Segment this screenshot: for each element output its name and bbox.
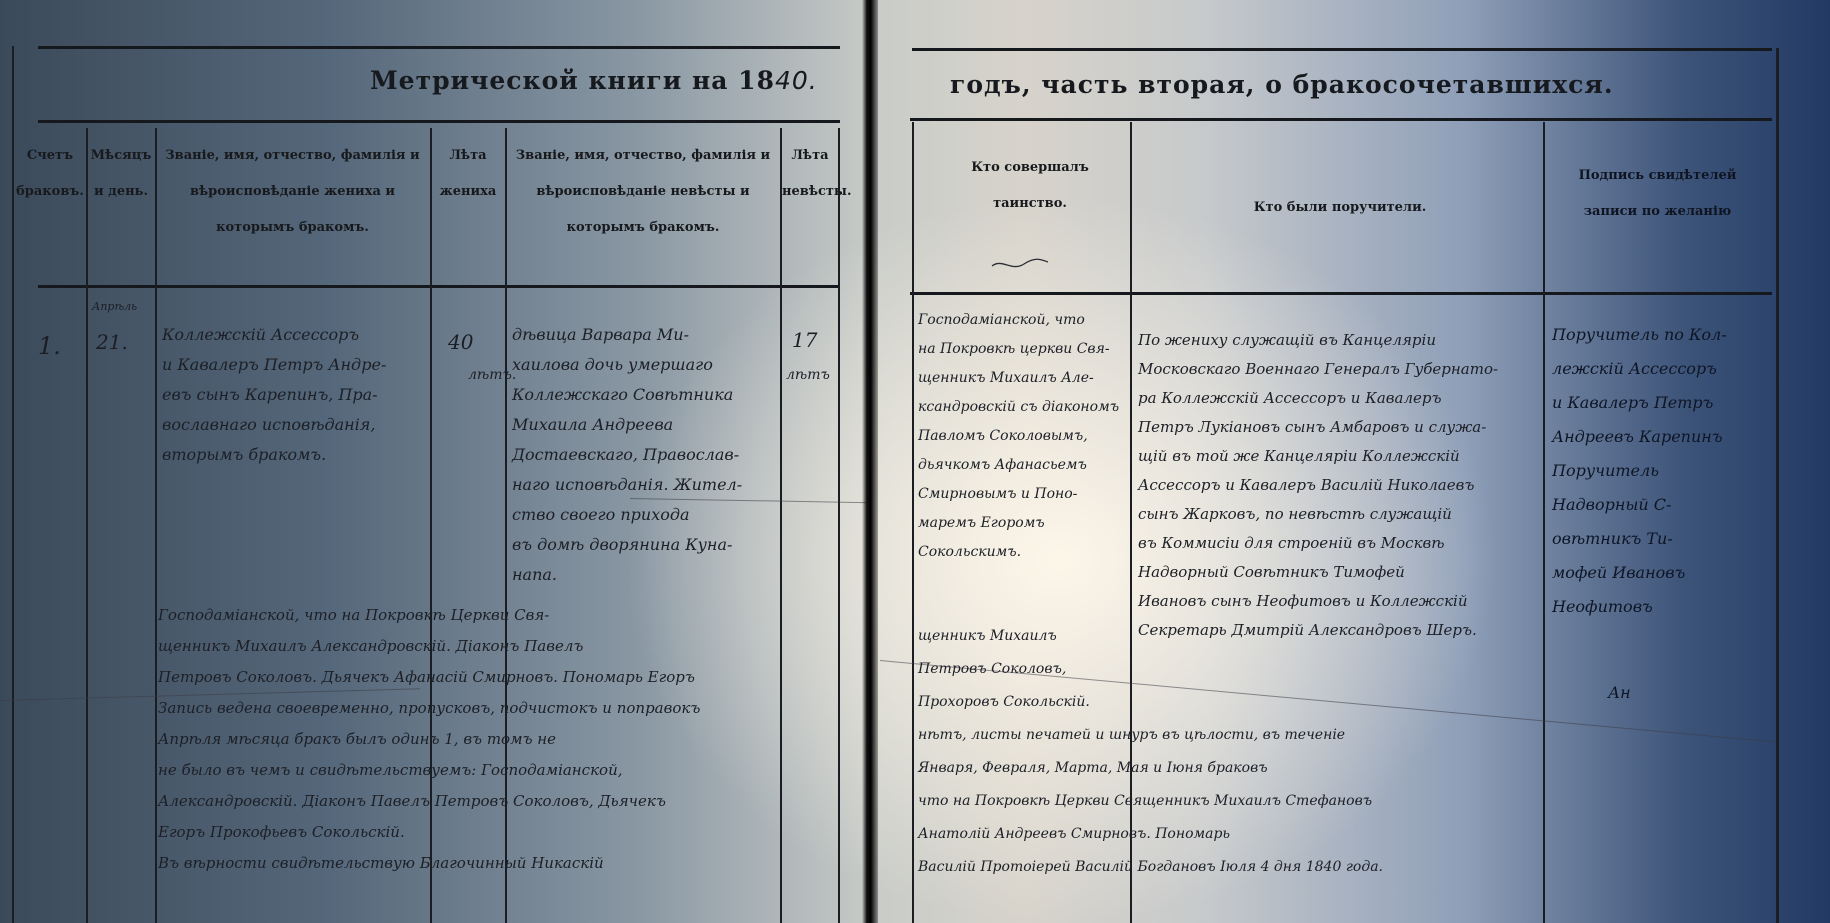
- officiant-footer-notes: щенникъ Михаилъ Петровъ Соколовъ, Прохор…: [918, 620, 1768, 884]
- col-header-officiant: Кто совершалъ таинство.: [960, 150, 1100, 222]
- entry-groom-age-unit: лѣтъ.: [468, 360, 516, 390]
- top-rule: [912, 48, 1772, 51]
- title-year-printed: 18: [738, 66, 775, 95]
- columns-rule: [38, 285, 840, 288]
- entry-bride: дѣвица Варвара Ми- хаилова дочь умершаго…: [512, 320, 782, 590]
- top-rule: [38, 46, 840, 49]
- certification-notes: Господаміанской, что на Покровкѣ Церкви …: [158, 600, 858, 879]
- col-divider: [86, 128, 88, 923]
- col-divider: [155, 128, 157, 923]
- book-gutter: [862, 0, 878, 923]
- title-text: Метрической книги на: [370, 66, 728, 95]
- col-header-groom-age: Лѣта жениха: [432, 138, 504, 210]
- entry-witness-signatures: Поручитель по Кол- лежскій Ассессоръ и К…: [1552, 318, 1767, 624]
- title-year-handwritten: 40.: [775, 66, 818, 95]
- entry-groom: Коллежскій Ассессоръ и Кавалеръ Петръ Ан…: [162, 320, 432, 470]
- right-border: [1776, 48, 1779, 923]
- page-title-left: Метрической книги на 1840.: [370, 66, 818, 95]
- entry-count: 1.: [38, 332, 61, 360]
- entry-bride-age: 17: [792, 328, 817, 352]
- col-header-sureties: Кто были поручители.: [1140, 190, 1540, 226]
- entry-day: 21.: [96, 330, 128, 354]
- entry-groom-age: 40: [448, 330, 473, 354]
- col-header-bride-age: Лѣта невѣсты.: [782, 138, 838, 210]
- header-rule: [910, 118, 1772, 121]
- entry-month: Апрѣль: [92, 300, 137, 313]
- header-flourish: [990, 258, 1050, 272]
- col-divider: [912, 122, 914, 923]
- header-rule: [38, 120, 840, 123]
- col-header-bride: Званіе, имя, отчество, фамилія и вѣроисп…: [510, 138, 776, 246]
- col-header-signatures: Подпись свидѣтелей записи по желанію: [1550, 158, 1765, 230]
- entry-sureties: По жениху служащій въ Канцеляріи Московс…: [1138, 326, 1543, 645]
- col-header-date: Мѣсяцъ и день.: [88, 138, 154, 210]
- col-header-count: Счетъ браковъ.: [14, 138, 86, 210]
- right-page: годъ, часть вторая, о бракосочетавшихся.…: [880, 0, 1830, 923]
- page-title-right: годъ, часть вторая, о бракосочетавшихся.: [950, 70, 1614, 99]
- entry-officiant: Господаміанской, что на Покровкѣ церкви …: [918, 306, 1130, 567]
- entry-bride-age-unit: лѣтъ: [786, 360, 830, 390]
- columns-rule: [910, 292, 1772, 295]
- left-page: Метрической книги на 1840. Счетъ браковъ…: [0, 0, 868, 923]
- book-spread: Метрической книги на 1840. Счетъ браковъ…: [0, 0, 1830, 923]
- col-header-groom: Званіе, имя, отчество, фамилія и вѣроисп…: [160, 138, 425, 246]
